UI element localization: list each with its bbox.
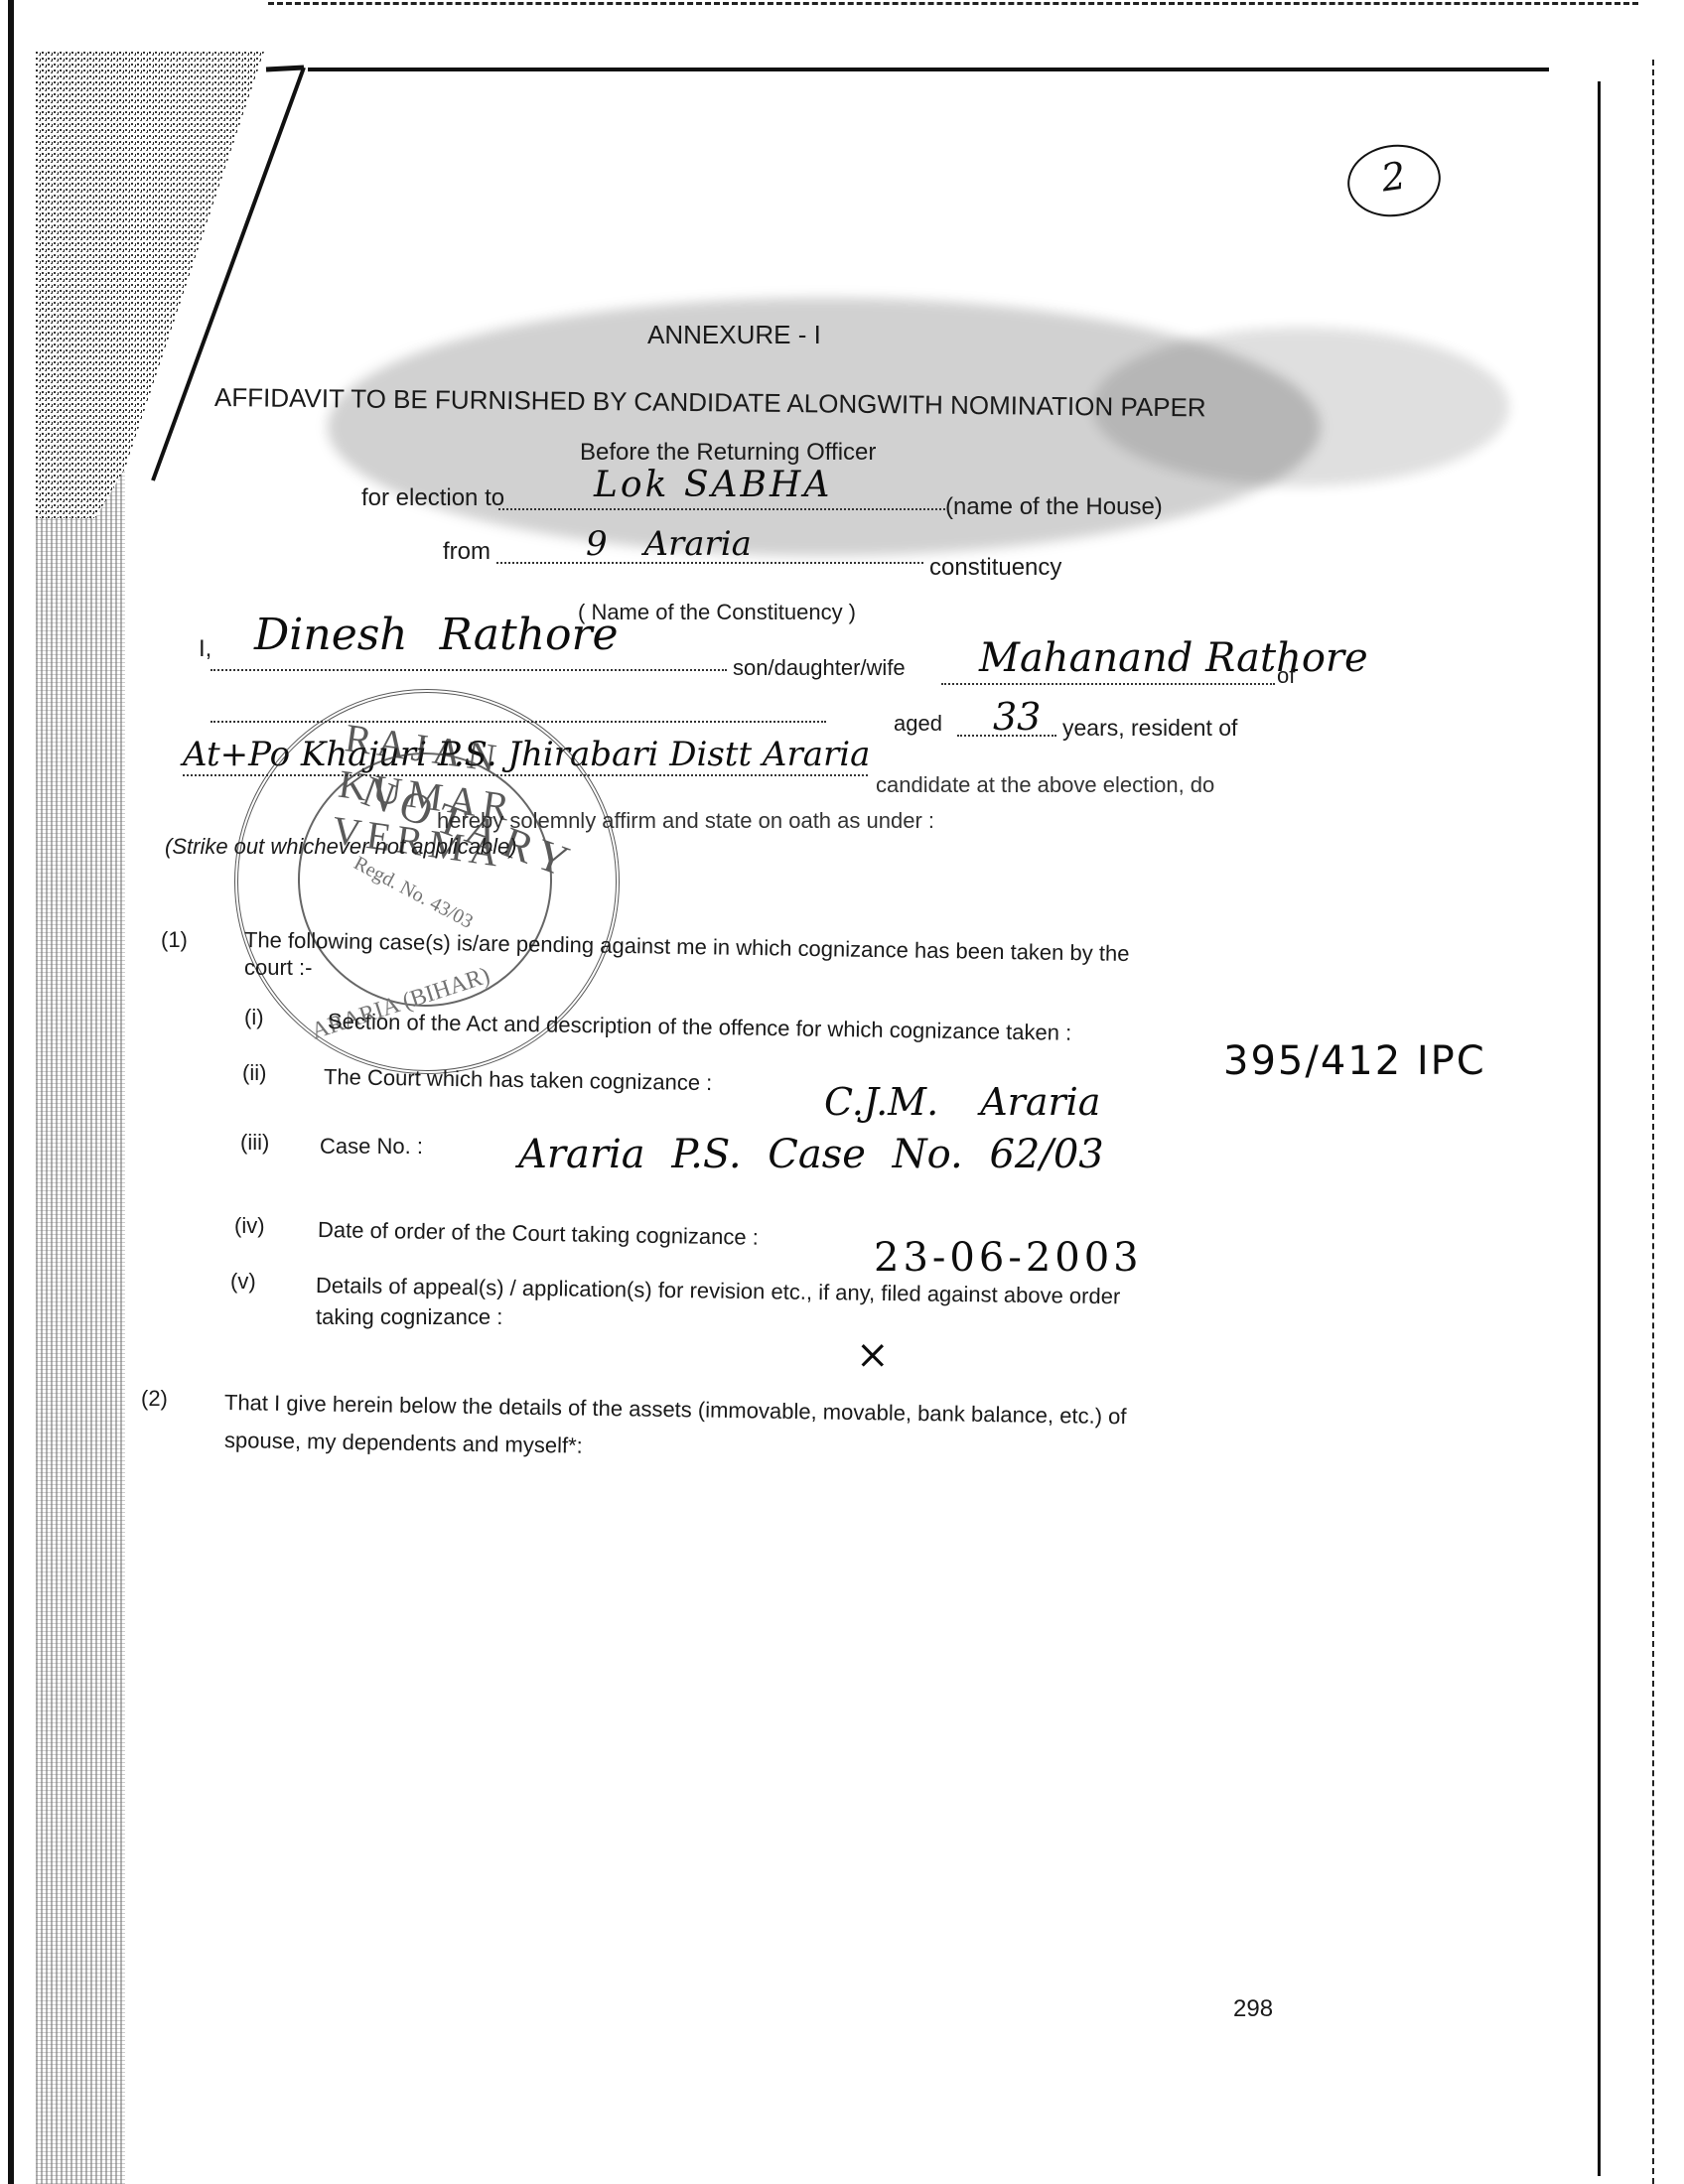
age-value: 33 [993, 695, 1041, 739]
parent-name: Mahanand Rathore [979, 635, 1368, 681]
item-ii-number: (ii) [242, 1060, 266, 1086]
folded-corner [36, 52, 324, 518]
section-2-number: (2) [141, 1386, 168, 1412]
item-v-number: (v) [230, 1269, 256, 1295]
page-frame-top [308, 68, 1549, 71]
scan-edge-top [268, 2, 1638, 5]
of-label: of [1277, 663, 1295, 689]
i-label: I, [199, 635, 211, 663]
item-i-value: 395/412 IPC [1223, 1038, 1486, 1084]
annexure-heading: ANNEXURE - I [647, 320, 821, 350]
item-iv-number: (iv) [234, 1213, 265, 1239]
from-label: from [443, 538, 491, 566]
item-ii-value: C.J.M. Araria [824, 1080, 1100, 1124]
relation-label: son/daughter/wife [733, 655, 906, 681]
name-dots [210, 665, 727, 671]
item-iii-value: Araria P.S. Case No. 62/03 [518, 1132, 1104, 1177]
item-v-label-2: taking cognizance : [316, 1304, 502, 1330]
candidate-label: candidate at the above election, do [876, 772, 1214, 798]
item-i-number: (i) [244, 1005, 264, 1030]
page-frame-right [1598, 81, 1601, 2176]
page-marker: 2 [1342, 139, 1445, 222]
years-label: years, resident of [1062, 715, 1237, 742]
section-2-text: That I give herein below the details of … [224, 1390, 1127, 1430]
election-house-value: Lok SABHA [594, 465, 832, 505]
returning-officer-heading: Before the Returning Officer [580, 439, 876, 467]
item-iv-label: Date of order of the Court taking cogniz… [318, 1217, 759, 1251]
election-label: for election to [361, 484, 504, 512]
house-caption: (name of the House) [945, 493, 1163, 521]
scan-edge-left [8, 0, 14, 2184]
section-1-number: (1) [161, 927, 188, 953]
item-iii-label: Case No. : [320, 1134, 423, 1160]
constituency-caption: ( Name of the Constituency ) [578, 600, 856, 625]
item-v-value: × [856, 1332, 890, 1378]
aged-label: aged [894, 711, 942, 737]
section-2-text-2: spouse, my dependents and myself*: [224, 1428, 583, 1459]
scan-edge-right [1652, 60, 1654, 2184]
item-iii-number: (iii) [240, 1130, 269, 1156]
candidate-name: Dinesh Rathore [254, 610, 619, 660]
item-iv-value: 23-06-2003 [874, 1235, 1143, 1281]
page-number: 298 [1233, 1995, 1273, 2023]
constituency-suffix: constituency [929, 554, 1061, 582]
section-1-text-2: court :- [244, 955, 312, 981]
constituency-value: 9 Araria [586, 524, 752, 564]
item-ii-label: The Court which has taken cognizance : [324, 1064, 713, 1096]
